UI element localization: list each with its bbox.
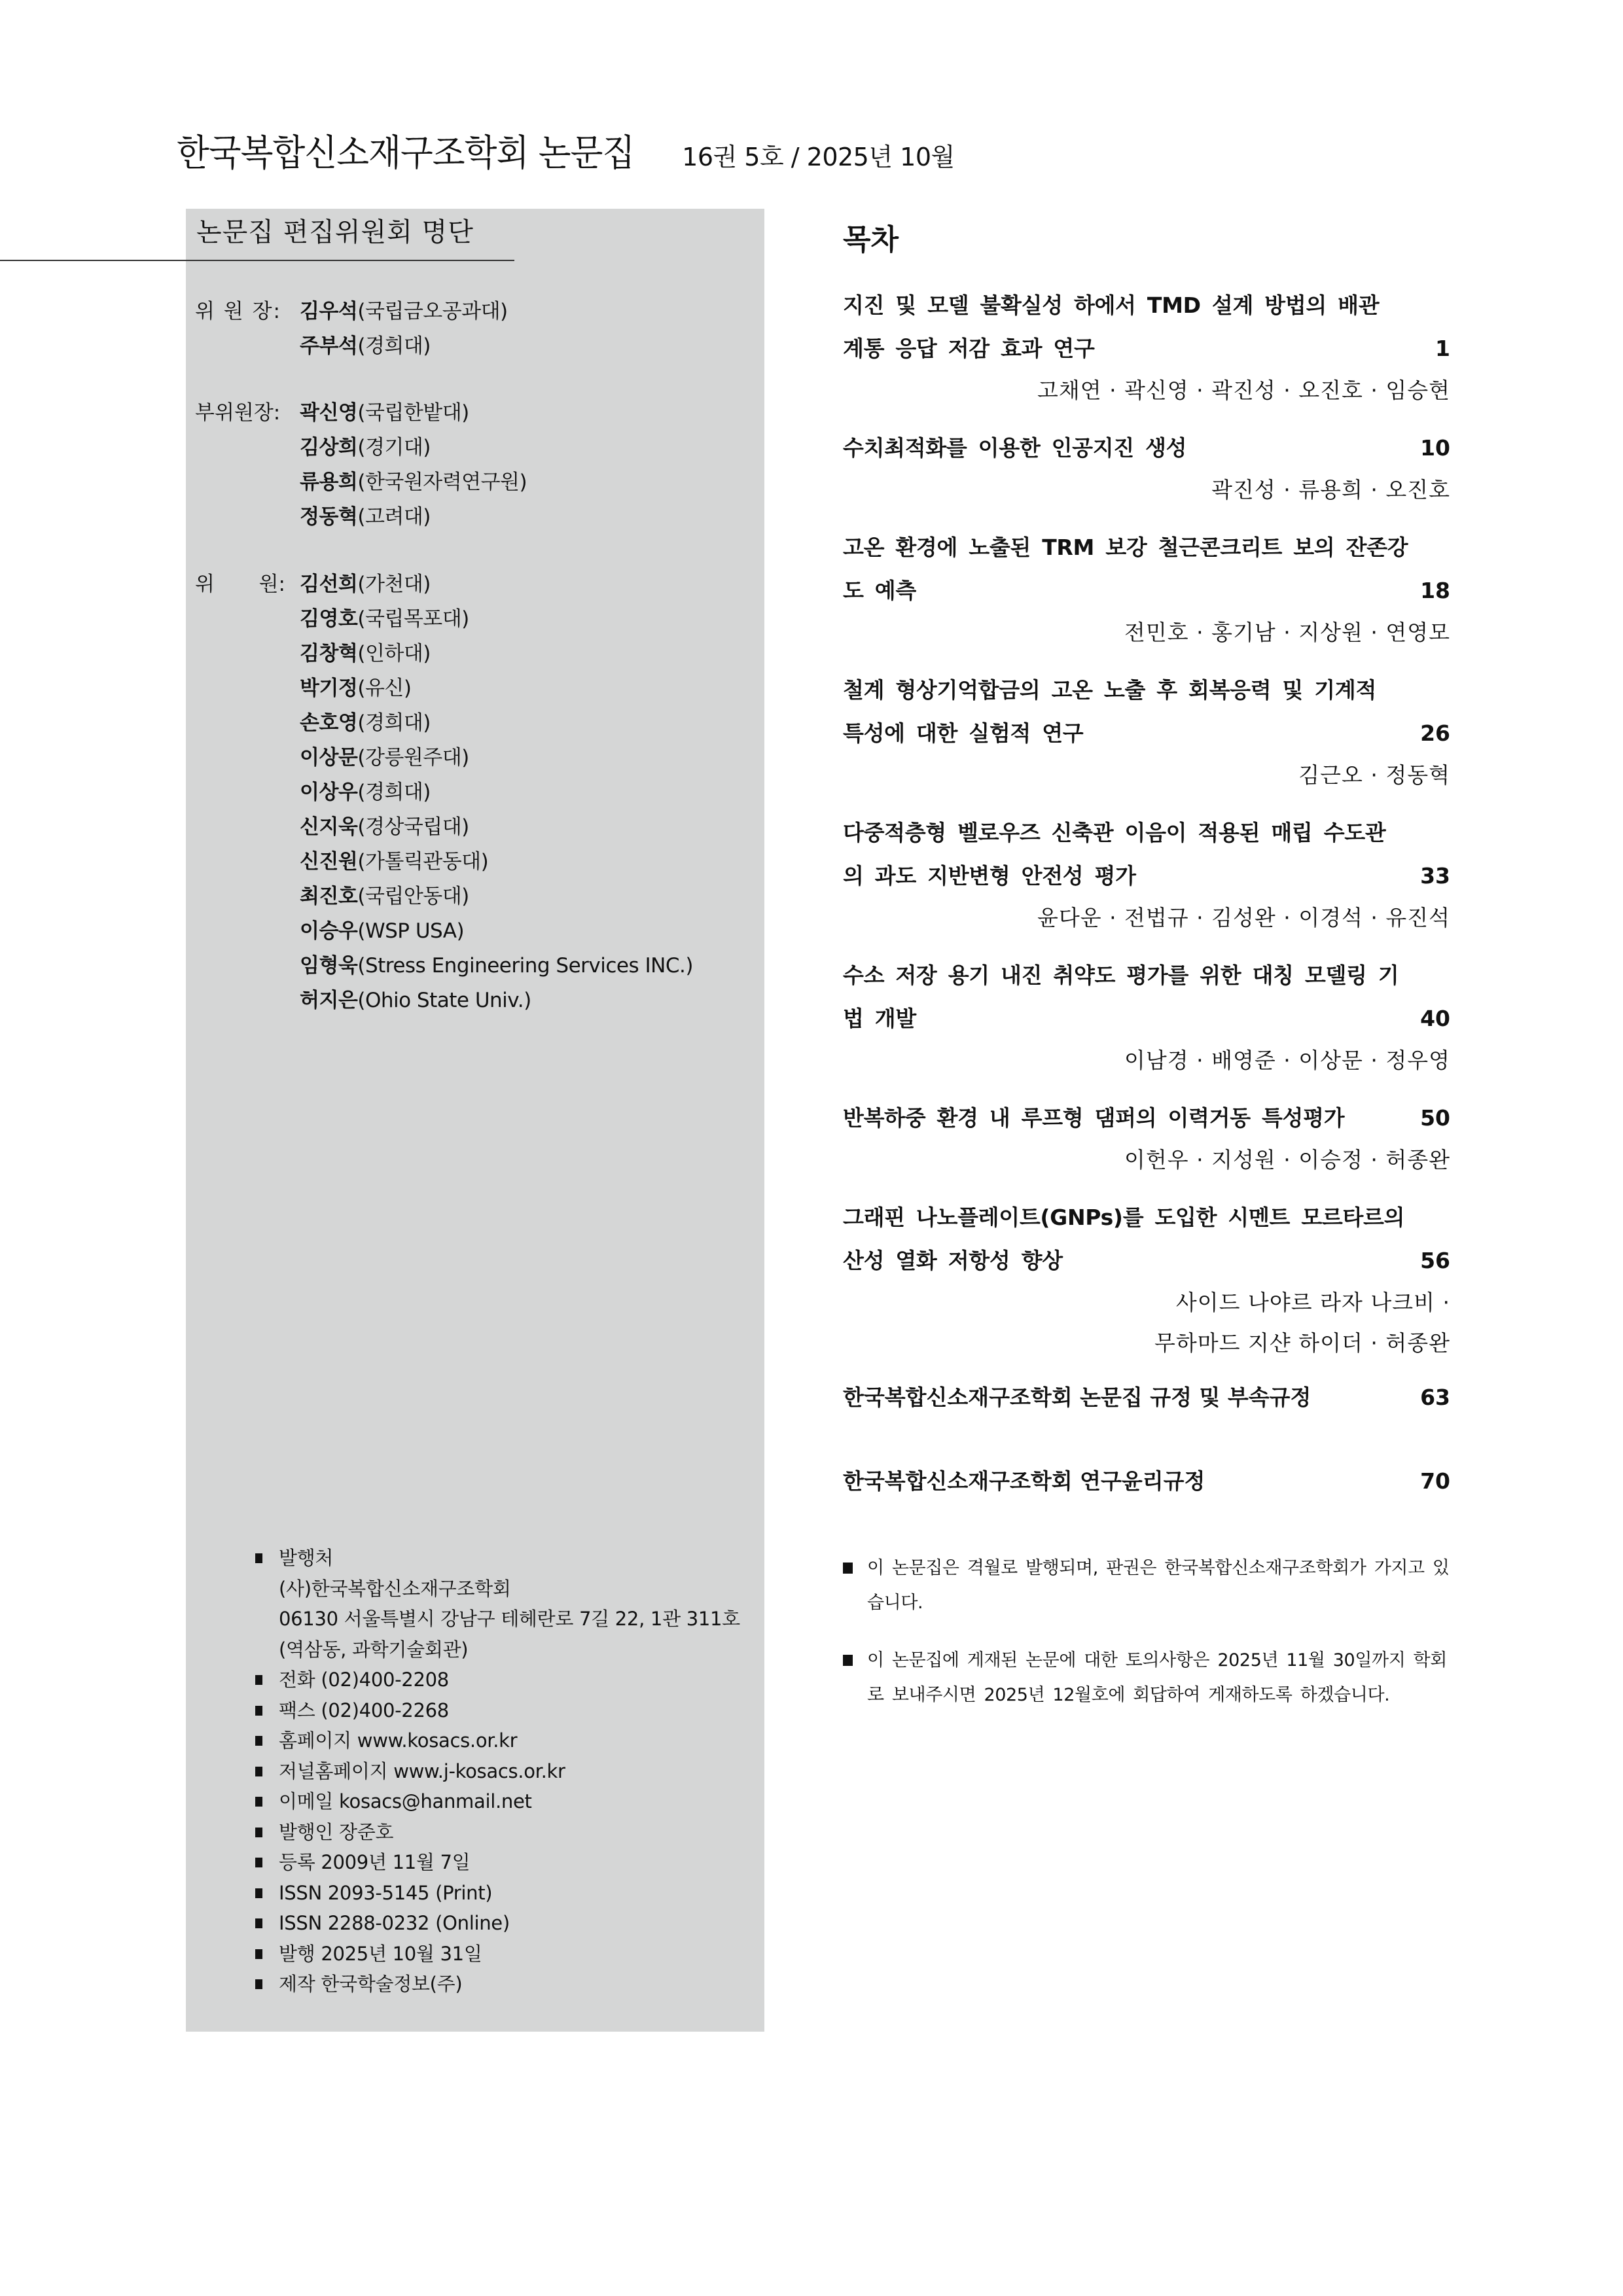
toc-page-number: 33 [1420, 863, 1450, 889]
journal-title: 한국복합신소재구조학회 논문집 [177, 124, 634, 177]
board-member-row: 김영호(국립목포대) [195, 602, 693, 637]
toc-page-number: 1 [1435, 336, 1450, 361]
board-member-row: 신지욱(경상국립대) [195, 810, 693, 845]
member-name: 주부석 [300, 329, 357, 364]
member-affiliation: (가톨릭관동대) [357, 845, 488, 879]
member-name: 허지은 [300, 983, 357, 1018]
member-affiliation: (한국원자력연구원) [357, 465, 527, 500]
board-chair-group: 위 원 장: 김우석 (국립금오공과대) 주부석 (경희대) [195, 294, 508, 364]
member-name: 김창혁 [300, 637, 357, 671]
toc-entry-title: 수치최적화를 이용한 인공지진 생성 [843, 427, 1186, 470]
heading-rule-divider [0, 260, 514, 261]
toc-entry[interactable]: 수치최적화를 이용한 인공지진 생성10 곽진성 · 류용희 · 오진호 [843, 427, 1450, 510]
member-name: 신진원 [300, 845, 357, 879]
member-affiliation: (WSP USA) [357, 914, 464, 949]
publisher-info-item: 06130 서울특별시 강남구 테헤란로 7길 22, 1관 311호 [255, 1604, 740, 1634]
member-name: 최진호 [300, 879, 357, 914]
editorial-board-heading: 논문집 편집위원회 명단 [196, 211, 474, 249]
publisher-info-item: 등록 2009년 11월 7일 [255, 1847, 740, 1878]
toc-entry-title: 철계 형상기억합금의 고온 노출 후 회복응력 및 기계적 [843, 669, 1450, 712]
board-member-row: 류용희 (한국원자력연구원) [195, 465, 527, 500]
member-affiliation: (경희대) [357, 706, 431, 741]
toc-heading: 목차 [843, 216, 1450, 258]
member-name: 손호영 [300, 706, 357, 741]
member-affiliation: (고려대) [357, 500, 431, 535]
toc-entry-title: 지진 및 모델 불확실성 하에서 TMD 설계 방법의 배관 [843, 284, 1450, 327]
publisher-info-item: 저널홈페이지 www.j-kosacs.or.kr [255, 1756, 740, 1787]
member-name: 곽신영 [300, 396, 357, 431]
member-name: 김선희 [300, 567, 357, 602]
member-affiliation: (유신) [357, 671, 411, 706]
toc-entry-title: 고온 환경에 노출된 TRM 보강 철근콘크리트 보의 잔존강 [843, 526, 1450, 569]
member-affiliation: (경상국립대) [357, 810, 469, 845]
toc-appendix-title: 한국복합신소재구조학회 연구윤리규정 [843, 1464, 1205, 1495]
member-name: 류용희 [300, 465, 357, 500]
board-vice-chair-group: 부위원장: 곽신영 (국립한밭대) 김상희 (경기대) 류용희 (한국원자력연구… [195, 396, 527, 535]
member-affiliation: (국립목포대) [357, 602, 469, 637]
notice-item: 이 논문집에 게재된 논문에 대한 토의사항은 2025년 11월 30일까지 … [843, 1643, 1450, 1712]
square-bullet-icon [255, 1918, 262, 1928]
member-name: 이승우 [300, 914, 357, 949]
publisher-info-item: (역삼동, 과학기술회관) [255, 1634, 740, 1665]
toc-entry[interactable]: 수소 저장 용기 내진 취약도 평가를 위한 대칭 모델링 기 법 개발40 이… [843, 954, 1450, 1081]
publisher-info-list: 발행처 (사)한국복합신소재구조학회 06130 서울특별시 강남구 테헤란로 … [255, 1543, 740, 2000]
square-bullet-icon [255, 1888, 262, 1898]
board-member-row: 정동혁 (고려대) [195, 500, 527, 535]
square-bullet-icon [255, 1706, 262, 1716]
member-name: 정동혁 [300, 500, 357, 535]
toc-page-number: 18 [1420, 578, 1450, 603]
toc-page-number: 40 [1420, 1006, 1450, 1031]
member-affiliation: (국립안동대) [357, 879, 469, 914]
square-bullet-icon [255, 1828, 262, 1837]
member-affiliation: (가천대) [357, 567, 431, 602]
square-bullet-icon [255, 1553, 262, 1563]
member-affiliation: (Ohio State Univ.) [357, 983, 531, 1018]
publisher-info-item: 제작 한국학술정보(주) [255, 1969, 740, 2000]
member-name: 박기정 [300, 671, 357, 706]
square-bullet-icon [843, 1563, 853, 1574]
toc-appendix-title: 한국복합신소재구조학회 논문집 규정 및 부속규정 [843, 1381, 1311, 1411]
toc-page-number: 56 [1420, 1248, 1450, 1273]
square-bullet-icon [255, 1797, 262, 1807]
member-affiliation: (인하대) [357, 637, 431, 671]
journal-header: 한국복합신소재구조학회 논문집 16권 5호 / 2025년 10월 [177, 124, 955, 177]
toc-entry-authors: 윤다운 · 전법규 · 김성완 · 이경석 · 유진석 [843, 898, 1450, 938]
toc-entry-authors: 사이드 나야르 라자 나크비 · [843, 1282, 1450, 1323]
board-member-row: 허지은(Ohio State Univ.) [195, 983, 693, 1018]
square-bullet-icon [255, 1979, 262, 1989]
member-name: 이상우 [300, 775, 357, 810]
member-affiliation: (강릉원주대) [357, 741, 469, 775]
member-affiliation: (국립금오공과대) [357, 294, 507, 329]
board-member-row: 이상문(강릉원주대) [195, 741, 693, 775]
toc-entry[interactable]: 반복하중 환경 내 루프형 댐퍼의 이력거동 특성평가50 이헌우 · 지성원 … [843, 1097, 1450, 1180]
role-label-vice-chair: 부위원장: [195, 396, 300, 431]
member-affiliation: (국립한밭대) [357, 396, 469, 431]
board-members-group: 위 원: 김선희 (가천대) 김영호(국립목포대) 김창혁(인하대) 박기정(유… [195, 567, 693, 1018]
member-affiliation: (경기대) [357, 431, 431, 465]
board-member-row: 박기정(유신) [195, 671, 693, 706]
board-member-row: 이상우(경희대) [195, 775, 693, 810]
toc-page-number: 70 [1420, 1468, 1450, 1494]
publisher-info-item: (사)한국복합신소재구조학회 [255, 1574, 740, 1604]
toc-entry-authors: 이헌우 · 지성원 · 이승정 · 허종완 [843, 1140, 1450, 1180]
toc-appendix-entry[interactable]: 한국복합신소재구조학회 연구윤리규정 70 [843, 1464, 1450, 1495]
member-name: 김상희 [300, 431, 357, 465]
toc-entry-authors: 전민호 · 홍기남 · 지상원 · 연영모 [843, 612, 1450, 653]
square-bullet-icon [255, 1949, 262, 1959]
square-bullet-icon [255, 1858, 262, 1867]
toc-entry[interactable]: 고온 환경에 노출된 TRM 보강 철근콘크리트 보의 잔존강 도 예측18 전… [843, 526, 1450, 653]
publisher-info-item: 팩스 (02)400-2268 [255, 1695, 740, 1726]
publisher-info-item: 발행인 장준호 [255, 1817, 740, 1848]
square-bullet-icon [843, 1655, 853, 1666]
role-label-chair: 위 원 장: [195, 294, 300, 329]
board-member-row: 손호영(경희대) [195, 706, 693, 741]
square-bullet-icon [255, 1767, 262, 1776]
member-affiliation: (Stress Engineering Services INC.) [357, 949, 693, 983]
toc-page-number: 50 [1420, 1105, 1450, 1131]
toc-page-number: 26 [1420, 720, 1450, 746]
member-name: 이상문 [300, 741, 357, 775]
board-member-row: 김상희 (경기대) [195, 431, 527, 465]
toc-entry[interactable]: 지진 및 모델 불확실성 하에서 TMD 설계 방법의 배관 계통 응답 저감 … [843, 284, 1450, 411]
member-affiliation: (경희대) [357, 775, 431, 810]
toc-entry[interactable]: 다중적층형 벨로우즈 신축관 이음이 적용된 매립 수도관 의 과도 지반변형 … [843, 811, 1450, 938]
toc-entry-authors: 고채연 · 곽신영 · 곽진성 · 오진호 · 임승현 [843, 370, 1450, 411]
square-bullet-icon [255, 1736, 262, 1746]
board-member-row: 위 원 장: 김우석 (국립금오공과대) [195, 294, 508, 329]
square-bullet-icon [255, 1675, 262, 1685]
toc-entry-authors: 김근오 · 정동혁 [843, 755, 1450, 796]
member-affiliation: (경희대) [357, 329, 431, 364]
toc-entry-authors: 곽진성 · 류용희 · 오진호 [843, 470, 1450, 510]
toc-entry-authors: 이남경 · 배영준 · 이상문 · 정우영 [843, 1040, 1450, 1081]
notice-item: 이 논문집은 격월로 발행되며, 판권은 한국복합신소재구조학회가 가지고 있습… [843, 1551, 1450, 1620]
member-name: 김우석 [300, 294, 357, 329]
toc-page-number: 63 [1420, 1385, 1450, 1410]
member-name: 신지욱 [300, 810, 357, 845]
member-name: 임형욱 [300, 949, 357, 983]
toc-entry[interactable]: 그래핀 나노플레이트(GNPs)를 도입한 시멘트 모르타르의 산성 열화 저항… [843, 1196, 1450, 1364]
toc-entry-authors: 무하마드 지샨 하이더 · 허종완 [843, 1323, 1450, 1364]
board-member-row: 부위원장: 곽신영 (국립한밭대) [195, 396, 527, 431]
board-member-row: 위 원: 김선희 (가천대) [195, 567, 693, 602]
board-member-row: 이승우(WSP USA) [195, 914, 693, 949]
table-of-contents: 목차 지진 및 모델 불확실성 하에서 TMD 설계 방법의 배관 계통 응답 … [843, 216, 1450, 1379]
toc-entry-title: 다중적층형 벨로우즈 신축관 이음이 적용된 매립 수도관 [843, 811, 1450, 855]
board-member-row: 임형욱(Stress Engineering Services INC.) [195, 949, 693, 983]
toc-entry-title: 반복하중 환경 내 루프형 댐퍼의 이력거동 특성평가 [843, 1097, 1344, 1140]
member-name: 김영호 [300, 602, 357, 637]
board-member-row: 신진원(가톨릭관동대) [195, 845, 693, 879]
journal-front-matter-page: 한국복합신소재구조학회 논문집 16권 5호 / 2025년 10월 논문집 편… [0, 0, 1623, 2296]
role-label-member: 위 원: [195, 567, 285, 602]
publisher-info-item: ISSN 2288-0232 (Online) [255, 1908, 740, 1939]
toc-entry-title: 그래핀 나노플레이트(GNPs)를 도입한 시멘트 모르타르의 [843, 1196, 1450, 1239]
publisher-info-item: 발행 2025년 10월 31일 [255, 1939, 740, 1969]
toc-page-number: 10 [1420, 435, 1450, 461]
toc-entry[interactable]: 철계 형상기억합금의 고온 노출 후 회복응력 및 기계적 특성에 대한 실험적… [843, 669, 1450, 796]
publisher-info-item: 발행처 [255, 1543, 740, 1574]
publisher-info-item: ISSN 2093-5145 (Print) [255, 1878, 740, 1909]
board-member-row: 주부석 (경희대) [195, 329, 508, 364]
publisher-info-item: 전화 (02)400-2208 [255, 1665, 740, 1695]
journal-issue: 16권 5호 / 2025년 10월 [682, 137, 955, 173]
board-member-row: 최진호(국립안동대) [195, 879, 693, 914]
notice-list: 이 논문집은 격월로 발행되며, 판권은 한국복합신소재구조학회가 가지고 있습… [843, 1551, 1450, 1735]
publisher-info-item: 이메일 kosacs@hanmail.net [255, 1786, 740, 1817]
toc-entry-title: 수소 저장 용기 내진 취약도 평가를 위한 대칭 모델링 기 [843, 954, 1450, 997]
toc-appendix-entry[interactable]: 한국복합신소재구조학회 논문집 규정 및 부속규정 63 [843, 1381, 1450, 1411]
board-member-row: 김창혁(인하대) [195, 637, 693, 671]
publisher-info-item: 홈페이지 www.kosacs.or.kr [255, 1725, 740, 1756]
